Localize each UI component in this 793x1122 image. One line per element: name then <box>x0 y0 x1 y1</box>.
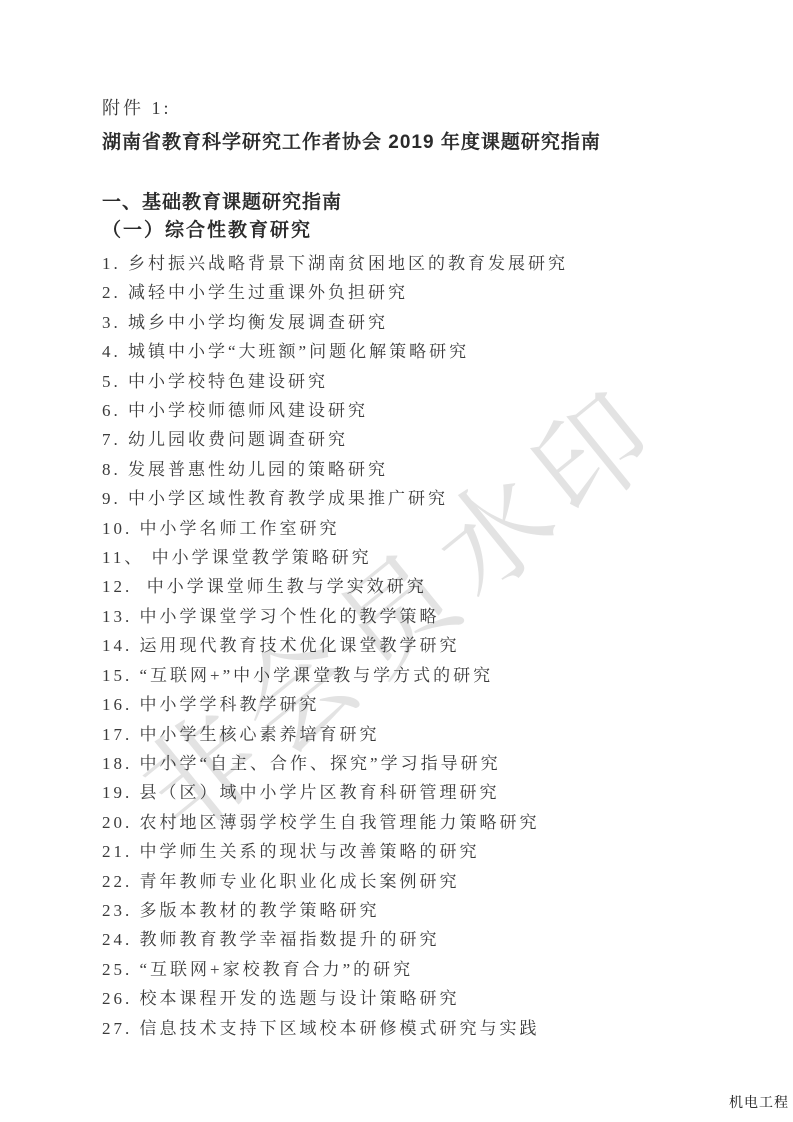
list-item: 20. 农村地区薄弱学校学生自我管理能力策略研究 <box>102 808 713 837</box>
list-item: 3. 城乡中小学均衡发展调查研究 <box>102 308 713 337</box>
subsection-heading: （一）综合性教育研究 <box>102 218 713 244</box>
list-item: 19. 县（区）域中小学片区教育科研管理研究 <box>102 778 713 807</box>
list-item: 13. 中小学课堂学习个性化的教学策略 <box>102 602 713 631</box>
list-item: 4. 城镇中小学“大班额”问题化解策略研究 <box>102 337 713 366</box>
topic-list: 1. 乡村振兴战略背景下湖南贫困地区的教育发展研究 2. 减轻中小学生过重课外负… <box>102 249 713 1043</box>
list-item: 15. “互联网+”中小学课堂教与学方式的研究 <box>102 661 713 690</box>
attachment-label: 附件 1: <box>102 96 713 120</box>
list-item: 27. 信息技术支持下区域校本研修模式研究与实践 <box>102 1014 713 1043</box>
list-item: 23. 多版本教材的教学策略研究 <box>102 896 713 925</box>
document-page: 非会员水印 附件 1: 湖南省教育科学研究工作者协会 2019 年度课题研究指南… <box>0 0 793 1122</box>
list-item: 11、 中小学课堂教学策略研究 <box>102 543 713 572</box>
list-item: 17. 中小学生核心素养培育研究 <box>102 720 713 749</box>
list-item: 25. “互联网+家校教育合力”的研究 <box>102 955 713 984</box>
list-item: 1. 乡村振兴战略背景下湖南贫困地区的教育发展研究 <box>102 249 713 278</box>
list-item: 6. 中小学校师德师风建设研究 <box>102 396 713 425</box>
list-item: 24. 教师教育教学幸福指数提升的研究 <box>102 925 713 954</box>
list-item: 16. 中小学学科教学研究 <box>102 690 713 719</box>
document-content: 附件 1: 湖南省教育科学研究工作者协会 2019 年度课题研究指南 一、基础教… <box>0 0 793 1043</box>
list-item: 7. 幼儿园收费问题调查研究 <box>102 425 713 454</box>
footer-label: 机电工程 <box>729 1092 789 1112</box>
list-item: 5. 中小学校特色建设研究 <box>102 367 713 396</box>
list-item: 12. 中小学课堂师生教与学实效研究 <box>102 572 713 601</box>
section-heading: 一、基础教育课题研究指南 <box>102 190 713 216</box>
list-item: 21. 中学师生关系的现状与改善策略的研究 <box>102 837 713 866</box>
list-item: 14. 运用现代教育技术优化课堂教学研究 <box>102 631 713 660</box>
document-title: 湖南省教育科学研究工作者协会 2019 年度课题研究指南 <box>102 130 713 156</box>
list-item: 26. 校本课程开发的选题与设计策略研究 <box>102 984 713 1013</box>
list-item: 2. 减轻中小学生过重课外负担研究 <box>102 278 713 307</box>
list-item: 8. 发展普惠性幼儿园的策略研究 <box>102 455 713 484</box>
list-item: 18. 中小学“自主、合作、探究”学习指导研究 <box>102 749 713 778</box>
list-item: 9. 中小学区域性教育教学成果推广研究 <box>102 484 713 513</box>
list-item: 22. 青年教师专业化职业化成长案例研究 <box>102 867 713 896</box>
list-item: 10. 中小学名师工作室研究 <box>102 514 713 543</box>
